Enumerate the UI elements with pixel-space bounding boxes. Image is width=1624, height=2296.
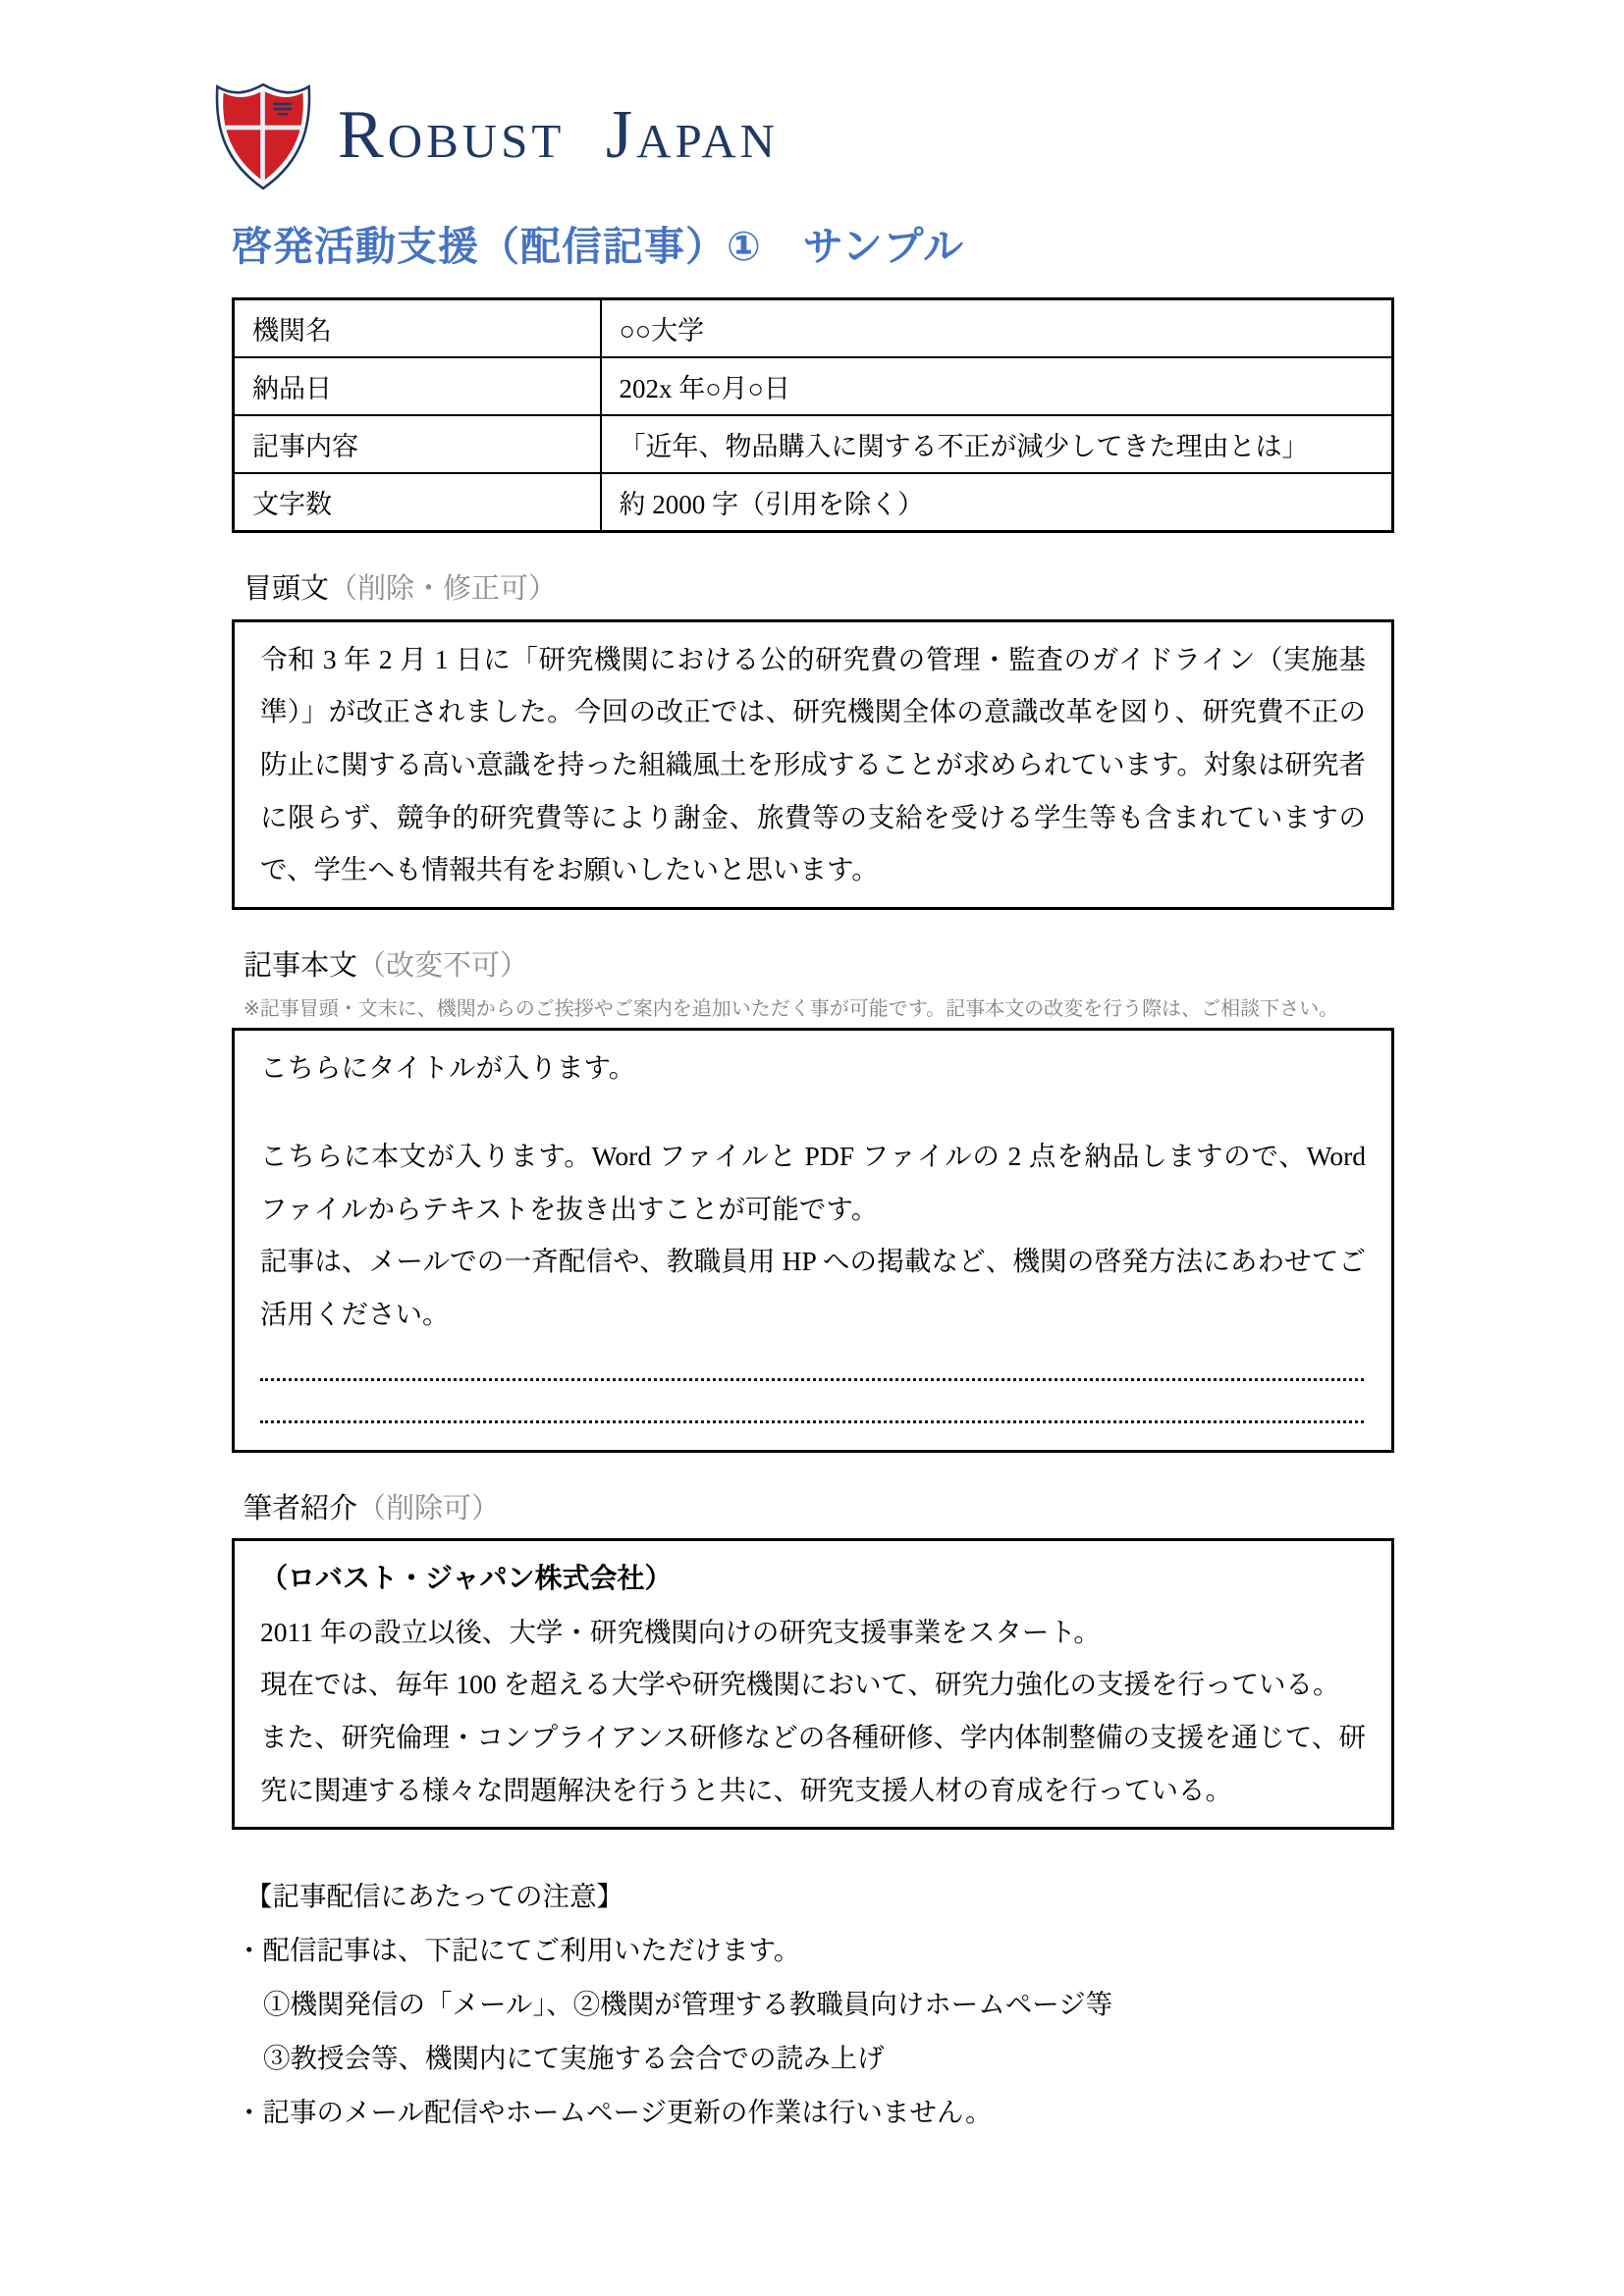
shield-icon — [212, 80, 314, 191]
table-row: 記事内容 「近年、物品購入に関する不正が減少してきた理由とは」 — [234, 415, 1393, 473]
table-row: 機関名 ○○大学 — [234, 299, 1393, 358]
section-title: 筆者紹介 — [244, 1493, 357, 1524]
info-table: 機関名 ○○大学 納品日 202x 年○月○日 記事内容 「近年、物品購入に関す… — [232, 297, 1394, 533]
dotted-line — [260, 1420, 1364, 1423]
intro-box: 令和 3 年 2 月 1 日に「研究機関における公的研究費の管理・監査のガイドラ… — [232, 619, 1394, 910]
row-value: 202x 年○月○日 — [601, 357, 1393, 415]
row-label: 納品日 — [234, 357, 601, 415]
page-title: 啓発活動支援（配信記事）① サンプル — [232, 220, 1394, 274]
section-note: （削除・修正可） — [329, 573, 557, 605]
row-value: ○○大学 — [601, 299, 1393, 358]
section-note: （改変不可） — [357, 950, 528, 982]
section-title: 記事本文 — [244, 950, 357, 982]
row-label: 記事内容 — [234, 415, 601, 473]
row-label: 機関名 — [234, 299, 601, 358]
row-value: 約 2000 字（引用を除く） — [601, 473, 1393, 532]
section-intro-heading: 冒頭文（削除・修正可） — [244, 568, 1394, 612]
dotted-line — [260, 1378, 1364, 1381]
note-item: ①機関発信の「メール」、②機関が管理する教職員向けホームページ等 — [232, 1977, 1394, 2031]
document-page: Robust Japan 啓発活動支援（配信記事）① サンプル 機関名 ○○大学… — [232, 0, 1394, 2139]
section-author-heading: 筆者紹介（削除可） — [244, 1488, 1394, 1531]
section-article-heading: 記事本文（改変不可） — [244, 945, 1394, 988]
table-row: 文字数 約 2000 字（引用を除く） — [234, 473, 1393, 532]
notes-heading: 【記事配信にあたっての注意】 — [232, 1869, 1394, 1923]
article-box: こちらにタイトルが入ります。 こちらに本文が入ります。Word ファイルと PD… — [232, 1028, 1394, 1452]
row-label: 文字数 — [234, 473, 601, 532]
logo-text: Robust Japan — [338, 101, 779, 170]
intro-body: 令和 3 年 2 月 1 日に「研究機関における公的研究費の管理・監査のガイドラ… — [260, 633, 1366, 896]
note-item: ・配信記事は、下記にてご利用いただけます。 — [232, 1923, 1394, 1977]
section-title: 冒頭文 — [244, 573, 329, 605]
author-company: （ロバスト・ジャパン株式会社） — [260, 1552, 1366, 1606]
author-box: （ロバスト・ジャパン株式会社） 2011 年の設立以後、大学・研究機関向けの研究… — [232, 1538, 1394, 1830]
placeholder-title: こちらにタイトルが入ります。 — [260, 1041, 1366, 1095]
author-paragraph: また、研究倫理・コンプライアンス研修などの各種研修、学内体制整備の支援を通じて、… — [260, 1711, 1366, 1816]
article-paragraph: こちらに本文が入ります。Word ファイルと PDF ファイルの 2 点を納品し… — [260, 1130, 1366, 1235]
table-row: 納品日 202x 年○月○日 — [234, 357, 1393, 415]
author-paragraph: 現在では、毎年 100 を超える大学や研究機関において、研究力強化の支援を行って… — [260, 1658, 1366, 1711]
author-paragraph: 2011 年の設立以後、大学・研究機関向けの研究支援事業をスタート。 — [260, 1606, 1366, 1659]
article-remark: ※記事冒頭・文末に、機関からのご挨拶やご案内を追加いただく事が可能です。記事本文… — [244, 995, 1394, 1023]
article-paragraph: 記事は、メールでの一斉配信や、教職員用 HP への掲載など、機関の啓発方法にあわ… — [260, 1235, 1366, 1340]
note-item: ・記事のメール配信やホームページ更新の作業は行いません。 — [232, 2085, 1394, 2139]
row-value: 「近年、物品購入に関する不正が減少してきた理由とは」 — [601, 415, 1393, 473]
logo: Robust Japan — [212, 79, 1394, 192]
section-note: （削除可） — [357, 1493, 500, 1524]
delivery-notes: 【記事配信にあたっての注意】 ・配信記事は、下記にてご利用いただけます。 ①機関… — [232, 1869, 1394, 2139]
note-item: ③教授会等、機関内にて実施する会合での読み上げ — [232, 2031, 1394, 2085]
